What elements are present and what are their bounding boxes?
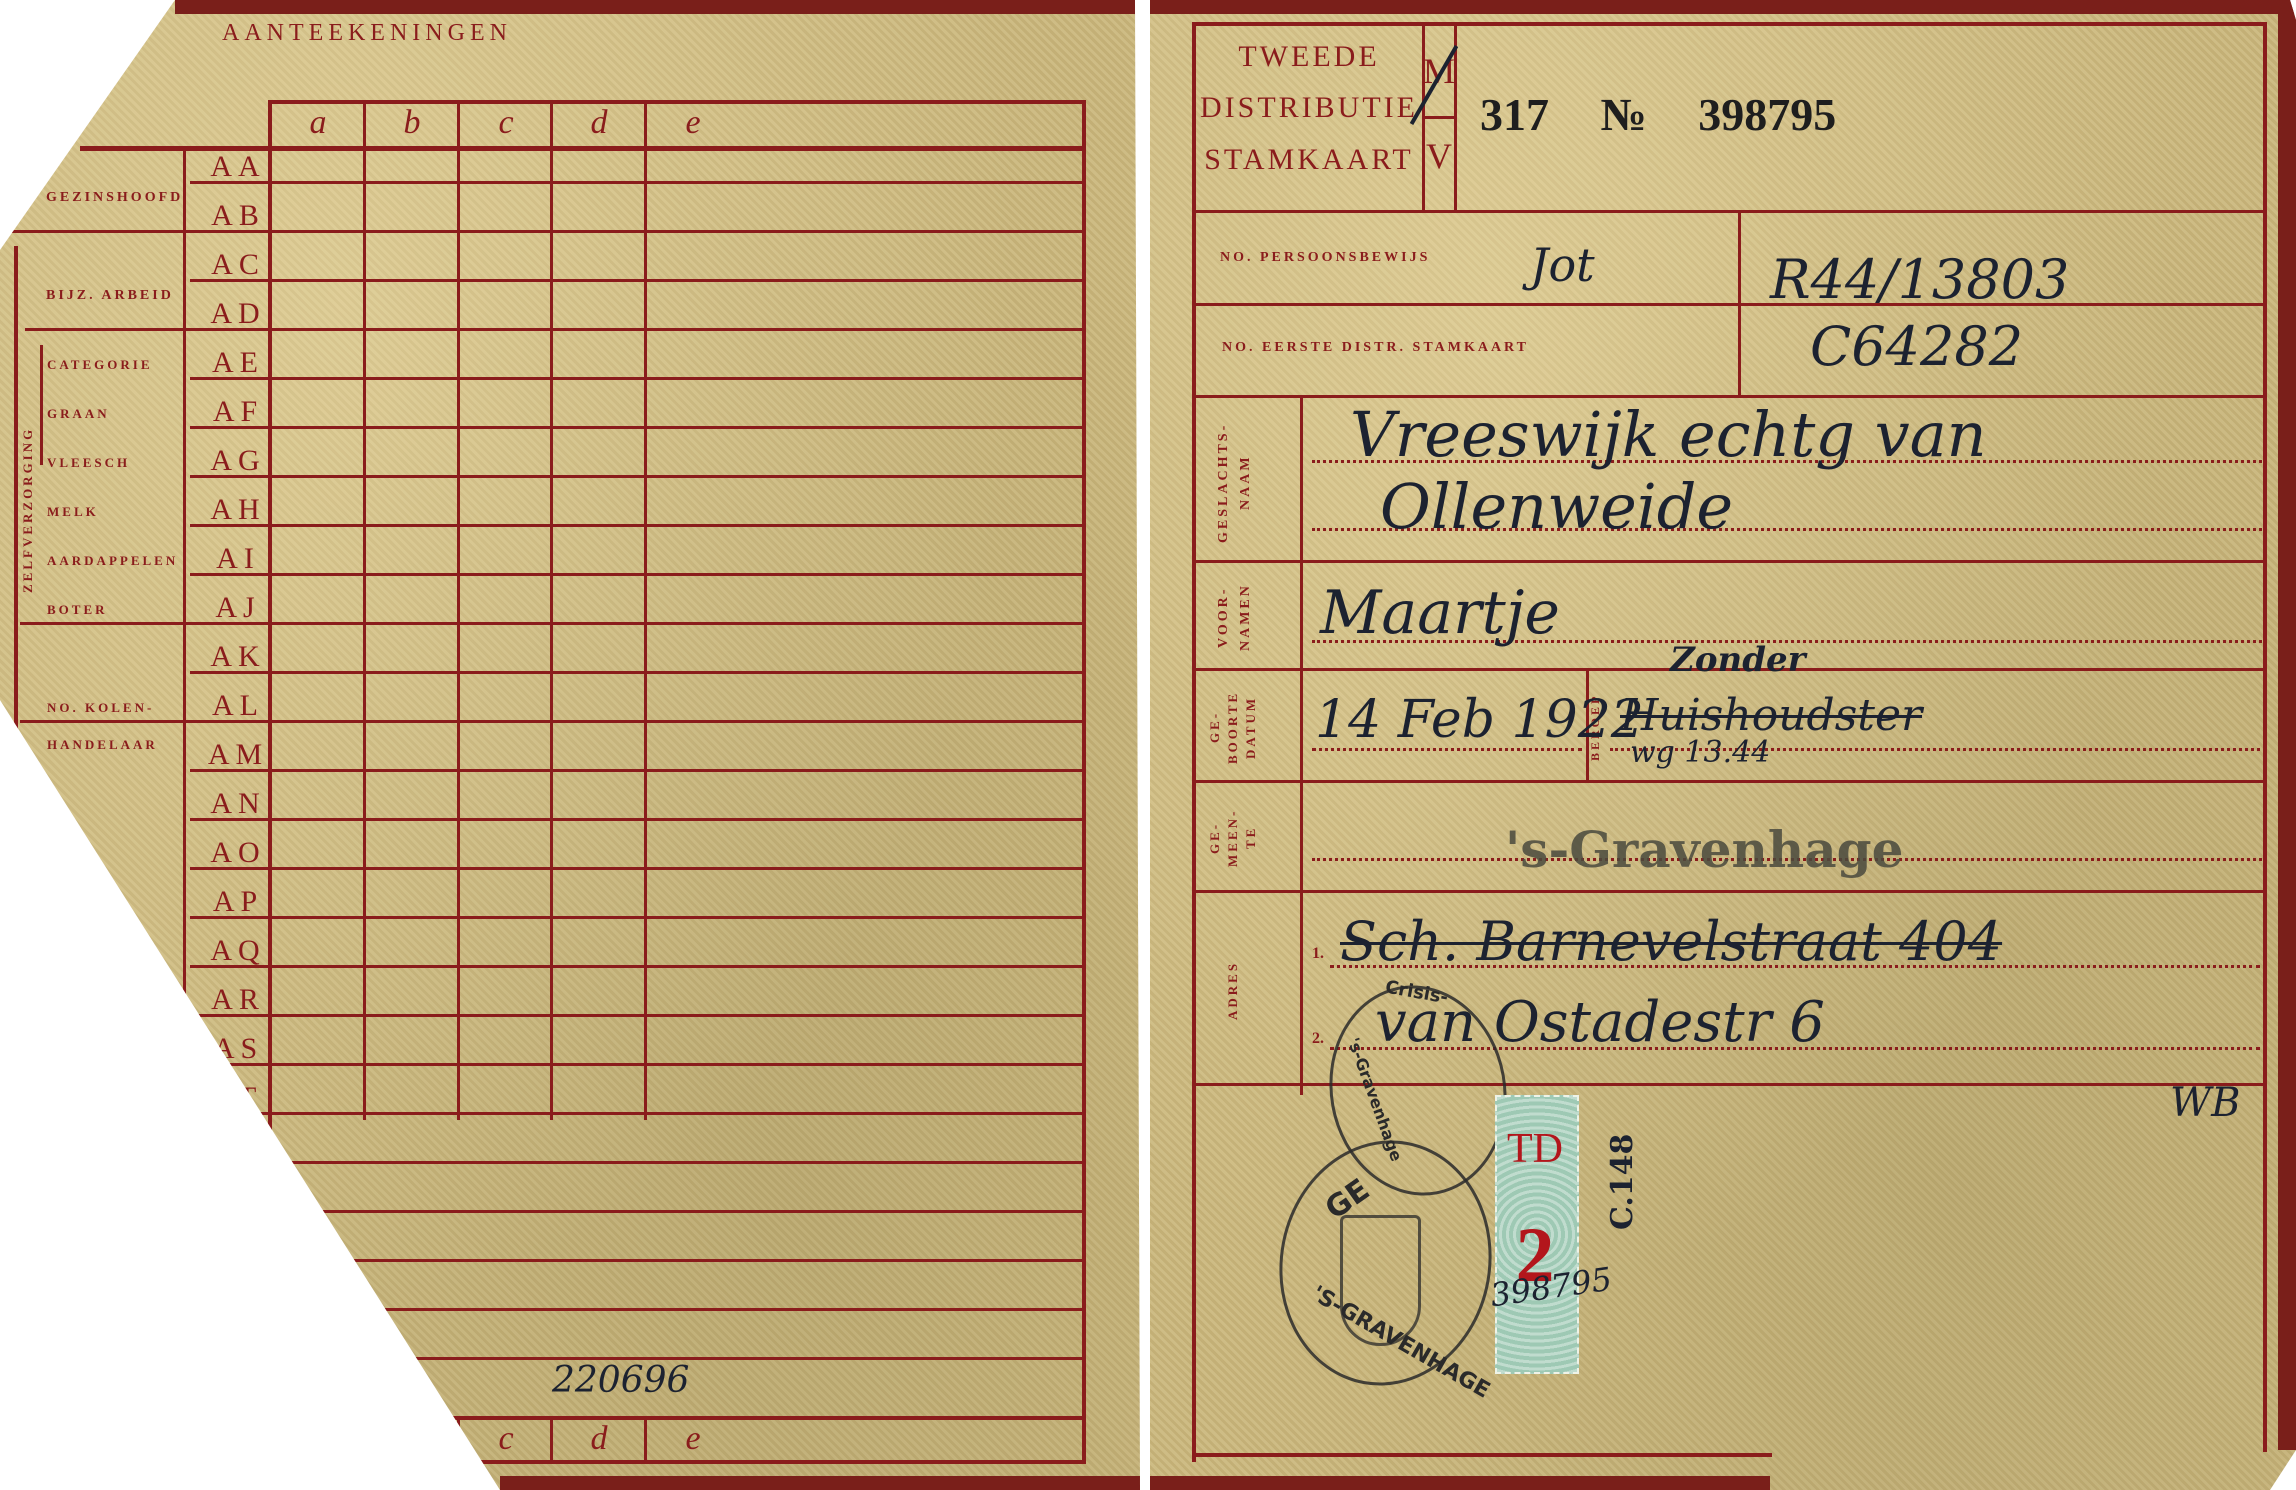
coat-of-arms-icon: [1340, 1215, 1421, 1346]
title-line-1: TWEEDE: [1196, 40, 1422, 74]
row-code: AA: [188, 150, 288, 184]
col-footer-b: b: [366, 1420, 458, 1458]
row-code: AU: [188, 1130, 288, 1164]
serial-prefix: 317: [1480, 89, 1549, 140]
label-kolen-1: NO. KOLEN-: [47, 700, 154, 716]
label-eerste-stamkaart: NO. EERSTE DISTR. STAMKAART: [1222, 340, 1529, 356]
row-code: AV: [188, 1179, 288, 1213]
col-footer-d: d: [553, 1420, 645, 1458]
title-line-3: STAMKAART: [1196, 143, 1422, 177]
label-categorie: CATEGORIE: [47, 357, 153, 373]
row-code: AJ: [188, 591, 288, 625]
adres-line-2-number: 2.: [1312, 1030, 1324, 1048]
label-geboortedatum-1: GE-: [1207, 672, 1223, 782]
row-code: AE: [188, 346, 288, 380]
label-gemeente-1: GE-: [1207, 785, 1223, 890]
label-voornamen-1: VOOR-: [1216, 565, 1232, 670]
label-vleesch: VLEESCH: [47, 455, 130, 471]
label-persoonsbewijs: NO. PERSOONSBEWIJS: [1220, 250, 1430, 266]
value-beroep-note: wg 13.44: [1630, 735, 1770, 770]
value-persoonsbewijs-2: R44/13803: [1770, 248, 2069, 311]
label-diversen: DIVERSEN: [47, 1055, 138, 1071]
top-border-strip: [175, 0, 1135, 14]
value-voornamen: Maartje: [1320, 578, 1560, 648]
label-geboortedatum-3: DATUM: [1243, 672, 1259, 782]
footer-bottom-line: [270, 1460, 1084, 1464]
row-line-voornamen: [1192, 560, 2267, 563]
label-geslachtsnaam-2: NAAM: [1238, 400, 1254, 565]
label-geboortedatum-2: BOORTE: [1225, 672, 1241, 782]
value-beroep-new: Zonder: [1670, 640, 1806, 680]
row-code: AQ: [188, 934, 288, 968]
row-lines: [190, 148, 1084, 1418]
col-footer-e: e: [647, 1420, 739, 1458]
row-line-gemeente: [1192, 780, 2267, 783]
row-code: AD: [188, 297, 288, 331]
label-voornamen-2: NAMEN: [1238, 565, 1254, 670]
frame-left: [1192, 22, 1196, 1462]
row-code: AZ: [188, 1375, 288, 1409]
label-graan: GRAAN: [47, 406, 110, 422]
col-header-c: c: [460, 104, 552, 142]
label-melk: MELK: [47, 504, 99, 520]
revenue-stamp-letters: TD: [1495, 1125, 1575, 1173]
label-divider-line: [183, 148, 186, 1418]
value-geboortedatum: 14 Feb 1922: [1315, 690, 1644, 750]
row-code: AN: [188, 787, 288, 821]
label-column-line: [1300, 395, 1303, 1095]
value-persoonsbewijs-1: Jot: [1530, 238, 1595, 292]
row-code: AB: [188, 199, 288, 233]
label-gemeente-2: MEEN-: [1225, 785, 1241, 890]
row-code: AH: [188, 493, 288, 527]
row-code: AR: [188, 983, 288, 1017]
label-aardappelen: AARDAPPELEN: [47, 553, 178, 569]
row-line-persoonsbewijs: [1192, 303, 2267, 306]
row-code: AS: [188, 1032, 288, 1066]
row-code: AO: [188, 836, 288, 870]
right-page-stamkaart: TWEEDE DISTRIBUTIE STAMKAART M V 317 № 3…: [1150, 0, 2296, 1490]
label-bijz-arbeid: BIJZ. ARBEID: [46, 288, 174, 304]
bottom-border-strip: [500, 1476, 1140, 1490]
row-code: AT: [188, 1081, 288, 1115]
row-code: AG: [188, 444, 288, 478]
title-bottom-line: [1192, 210, 2267, 213]
left-page-aanteekeningen: AANTEEKENINGEN: [0, 0, 1140, 1490]
label-kolen-2: HANDELAAR: [47, 737, 158, 753]
label-gemeente-3: TE: [1243, 785, 1259, 890]
serial-number: 398795: [1698, 89, 1836, 140]
number-divider: [1738, 210, 1741, 398]
vertical-code: C.148: [1605, 1134, 1640, 1230]
value-adres-line-1: Sch. Barnevelstraat 404: [1340, 910, 2002, 973]
col-footer-a: a: [272, 1420, 364, 1458]
col-header-b: b: [366, 104, 458, 142]
sex-v: V: [1422, 135, 1456, 177]
adres-line-1-number: 1.: [1312, 945, 1324, 963]
label-gezinshoofd: GEZINSHOOFD: [46, 190, 183, 206]
value-geslachtsnaam-2: Ollenweide: [1380, 470, 1733, 543]
right-border-strip: [2278, 0, 2296, 1450]
row-code: AI: [188, 542, 288, 576]
value-beroep-struck: Huishoudster: [1620, 690, 1922, 741]
bottom-border-strip: [1150, 1476, 1770, 1490]
page-title: AANTEEKENINGEN: [222, 20, 512, 47]
row-code: AL: [188, 689, 288, 723]
label-adres: ADRES: [1225, 895, 1241, 1085]
row-code: AP: [188, 885, 288, 919]
value-gemeente-stamp: 's-Gravenhage: [1505, 820, 1903, 879]
value-geslachtsnaam-1: Vreeswijk echtg van: [1350, 398, 1987, 471]
label-boter: BOTER: [47, 602, 108, 618]
col-divider-ab-footer: [363, 1418, 366, 1462]
row-line-adres: [1192, 890, 2267, 893]
row-code: AK: [188, 640, 288, 674]
initials: WB: [2170, 1080, 2241, 1126]
zelfverzorging-divider: [40, 345, 43, 465]
col-header-d: d: [553, 104, 645, 142]
left-frame-line: [14, 246, 18, 1416]
row-code: AW: [188, 1228, 288, 1262]
serial-number-display: 317 № 398795: [1480, 88, 1836, 141]
handwritten-number: 220696: [552, 1360, 689, 1401]
value-eerste-stamkaart: C64282: [1810, 315, 2023, 378]
frame-top: [1192, 22, 2267, 26]
frame-right: [2263, 22, 2267, 1452]
col-header-e: e: [647, 104, 739, 142]
frame-bottom: [1192, 1453, 1772, 1457]
top-border-strip: [1150, 0, 2296, 14]
mv-mid-line: [1422, 116, 1456, 119]
row-code: AM: [188, 738, 288, 772]
label-zelfverzorging: ZELFVERZORGING: [20, 345, 36, 675]
row-code: AF: [188, 395, 288, 429]
label-geslachtsnaam-1: GESLACHTS-: [1216, 400, 1232, 565]
row-code: AY: [188, 1326, 288, 1360]
col-footer-c: c: [460, 1420, 552, 1458]
title-line-2: DISTRIBUTIE: [1196, 91, 1422, 125]
serial-symbol: №: [1601, 89, 1647, 140]
col-header-a: a: [272, 104, 364, 142]
row-code: AC: [188, 248, 288, 282]
row-code: AX: [188, 1277, 288, 1311]
